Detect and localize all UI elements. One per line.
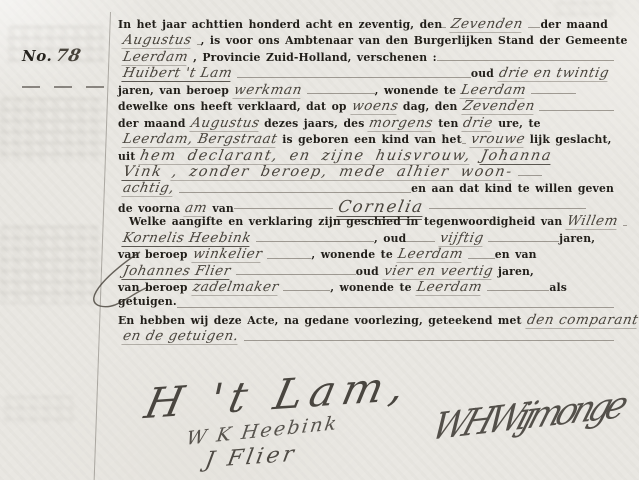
handwritten-text: Willem [566,213,620,230]
handwritten-text: werkman [232,82,303,99]
act-number: No.78 [22,46,86,66]
printed-text: , wonende te [311,248,392,261]
handwritten-text: Cornelia [336,197,426,220]
fill-rule [179,191,411,193]
document-line: Kornelis Heebink, oudvijftigjaren, [118,230,614,246]
fill-rule [307,92,375,94]
printed-text: en aan dat kind te willen geven [411,182,614,195]
printed-text: jaren, van beroep [118,84,229,97]
handwritten-text: drie [462,115,495,132]
printed-text: , oud [374,232,406,245]
document-line: van beroepzadelmaker, wonende teLeerdama… [118,279,614,295]
document-line: Johannes Flieroudvier en veertigjaren, [118,263,614,279]
handwritten-text: Leerdam [396,246,464,263]
document-line: en de getuigen. [118,328,614,344]
handwritten-text: en de getuigen. [121,328,240,345]
fill-rule [462,142,466,144]
handwritten-text: Zevenden [461,98,536,115]
handwritten-text: am [184,200,209,217]
printed-text: En hebben wij deze Acte, na gedane voorl… [118,314,522,327]
printed-text: , Provincie Zuid-Holland, verschenen : [193,51,437,64]
handwritten-text: , zonder beroep, mede alhier woon- [171,164,515,181]
fill-rule [468,257,495,259]
fill-rule [488,240,559,242]
document-line: Augustus, is voor ons Ambtenaar van den … [118,32,614,48]
printed-text: jaren, [559,232,595,245]
handwritten-text: achtig, [121,180,175,197]
document-line: Leerdam, Provincie Zuid-Holland, versche… [118,49,614,65]
printed-text: dag, den [403,100,458,113]
fill-rule [429,207,585,209]
document-line: der maandAugustusdezes jaars, desmorgens… [118,115,614,131]
fill-rule [177,306,614,308]
fill-rule [236,273,356,275]
handwritten-text: Leerdam [121,49,189,66]
fill-rule [437,59,614,61]
handwritten-text: Kornelis Heebink [121,230,252,247]
handwritten-text: drie en twintig [497,65,610,82]
document-line: Vink, zonder beroep, mede alhier woon- [118,164,614,180]
printed-text: lijk geslacht, [530,133,612,146]
printed-text: van beroep [118,281,188,294]
printed-text: uit [118,150,135,163]
document-line: dewelke ons heeft verklaard, dat opwoens… [118,98,614,114]
fill-rule [267,257,312,259]
document-lines: In het jaar achttien honderd acht en zev… [118,16,614,345]
handwritten-text: Johanna [480,148,554,165]
handwritten-text: winkelier [191,246,264,263]
handwritten-text: vrouwe [469,131,526,148]
document-line: In het jaar achttien honderd acht en zev… [118,16,614,32]
printed-text: der maand [540,18,608,31]
fill-rule [623,224,627,226]
document-line: En hebben wij deze Acte, na gedane voorl… [118,312,614,328]
handwritten-text: vier en veertig [382,263,494,280]
handwritten-text: Johannes Flier [121,263,232,280]
handwritten-text: vijftig [438,230,485,247]
fill-rule [283,289,330,291]
document-line: jaren, van beroepwerkman, wonende teLeer… [118,82,614,98]
document-line: achtig,en aan dat kind te willen geven [118,180,614,196]
handwritten-text: Vink [121,164,164,181]
act-number-label: No. [22,47,52,65]
signature-witness-flier: J Flier [203,442,299,473]
bleed-through-smudge [0,226,100,304]
fill-rule [528,26,540,28]
document-line: de voornaamvanCornelia [118,197,614,213]
handwritten-text: Huibert 't Lam [121,65,234,82]
margin-dashes [22,86,114,88]
fill-rule [244,339,614,341]
printed-text: der maand [118,117,186,130]
document-line: getuigen. [118,295,614,311]
scanned-birth-certificate: No.78 In het jaar achttien honderd acht … [0,0,639,480]
handwritten-text: Zevenden [450,16,525,33]
bleed-through-smudge [4,396,74,424]
handwritten-text: hem declarant, en zijne huisvrouw, [139,148,473,165]
fill-rule [234,207,334,209]
signature-official: WHWijmonge [427,382,630,448]
printed-text: van beroep [118,248,188,261]
handwritten-text: morgens [368,115,435,132]
fill-rule [539,109,614,111]
printed-text: als [549,281,567,294]
printed-text: , wonende te [375,84,456,97]
fill-rule [237,76,471,78]
fill-rule [256,240,374,242]
document-line: Leerdam, Bergstraatis geboren een kind v… [118,131,614,147]
printed-text: getuigen. [118,295,177,308]
handwritten-text: Leerdam [415,279,483,296]
printed-text: oud [471,67,494,80]
printed-text: , is voor ons Ambtenaar van den Burgerli… [201,34,628,47]
handwritten-text: Augustus [189,115,261,132]
bleed-through-smudge [0,98,104,162]
handwritten-text: zadelmaker [191,279,280,296]
printed-text: van [212,202,234,215]
handwritten-text: Leerdam, Bergstraat [121,131,279,148]
fill-rule [518,174,542,176]
handwritten-text: Augustus [121,32,193,49]
printed-text: dezes jaars, des [264,117,364,130]
printed-text: ten [438,117,458,130]
fill-rule [442,26,446,28]
printed-text: ure, te [498,117,540,130]
handwritten-text: Leerdam [459,82,527,99]
handwritten-text: woens [350,98,400,115]
printed-text: In het jaar achttien honderd acht en zev… [118,18,442,31]
document-line: Huibert 't Lamouddrie en twintig [118,65,614,81]
fill-rule [531,92,576,94]
fill-rule [487,289,550,291]
handwritten-text: den comparant [525,312,639,329]
printed-text: de voorna [118,202,180,215]
printed-text: jaren, [498,265,534,278]
fill-rule [406,240,434,242]
printed-text: en van [495,248,537,261]
printed-text: dewelke ons heeft verklaard, dat op [118,100,347,113]
printed-text: oud [356,265,379,278]
document-line: uithem declarant, en zijne huisvrouw,Joh… [118,148,614,164]
document-line: van beroepwinkelier, wonende teLeerdamen… [118,246,614,262]
act-number-value: 78 [54,46,83,66]
printed-text: , wonende te [330,281,411,294]
printed-text: is geboren een kind van het [282,133,462,146]
